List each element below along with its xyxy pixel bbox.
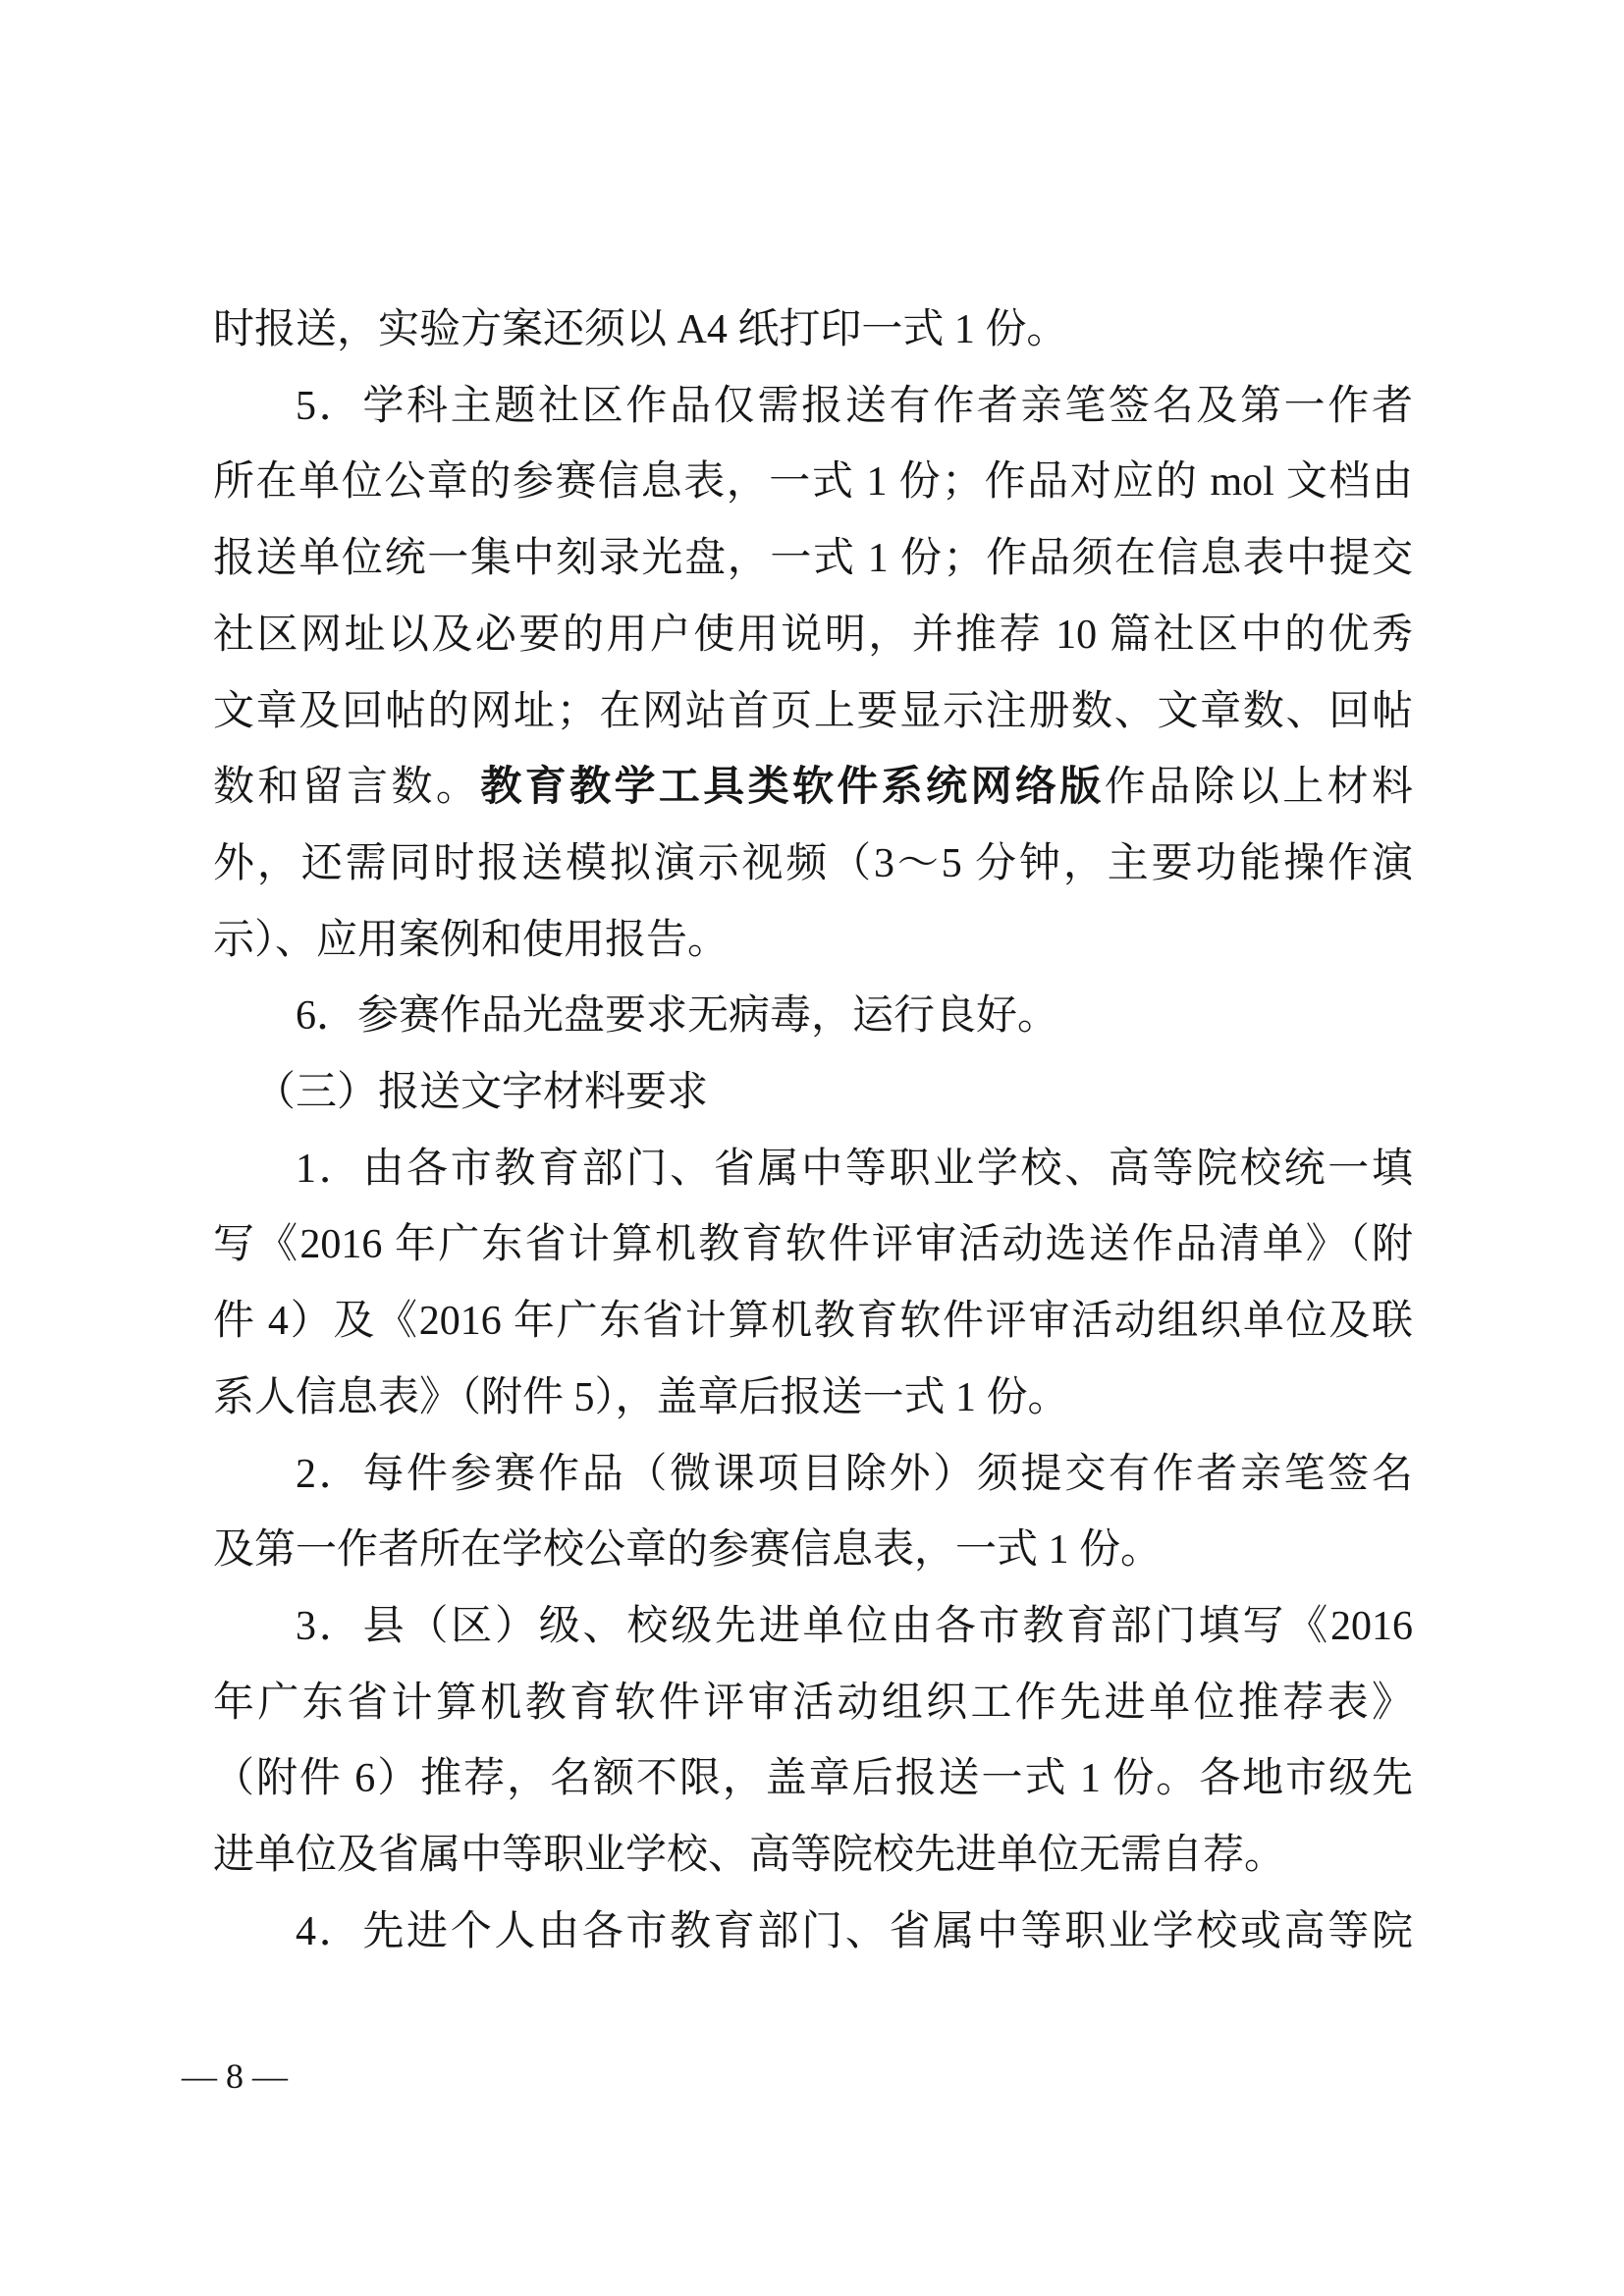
document-page: 时报送，实验方案还须以 A4 纸打印一式 1 份。5．学科主题社区作品仅需报送有… bbox=[0, 0, 1624, 2296]
text-line: （三）报送文字材料要求 bbox=[213, 1055, 1413, 1132]
text-run: 作品除以上材料 bbox=[1105, 765, 1413, 810]
text-line: 文章及回帖的网址；在网站首页上要显示注册数、文章数、回帖 bbox=[213, 674, 1413, 751]
text-line: 2．每件参赛作品（微课项目除外）须提交有作者亲笔签名 bbox=[213, 1437, 1413, 1514]
text-line: （附件 6）推荐，名额不限，盖章后报送一式 1 份。各地市级先 bbox=[213, 1741, 1413, 1818]
text-line: 系人信息表》（附件 5），盖章后报送一式 1 份。 bbox=[213, 1361, 1413, 1437]
text-line: 1．由各市教育部门、省属中等职业学校、高等院校统一填 bbox=[213, 1132, 1413, 1208]
text-line: 6．参赛作品光盘要求无病毒，运行良好。 bbox=[213, 979, 1413, 1055]
text-line: 年广东省计算机教育软件评审活动组织工作先进单位推荐表》 bbox=[213, 1666, 1413, 1742]
text-line: 示）、应用案例和使用报告。 bbox=[213, 903, 1413, 980]
text-line: 件 4）及《2016 年广东省计算机教育软件评审活动组织单位及联 bbox=[213, 1284, 1413, 1361]
bold-text-run: 教育教学工具类软件系统网络版 bbox=[480, 765, 1104, 810]
text-line: 进单位及省属中等职业学校、高等院校先进单位无需自荐。 bbox=[213, 1818, 1413, 1895]
text-line: 社区网址以及必要的用户使用说明，并推荐 10 篇社区中的优秀 bbox=[213, 598, 1413, 674]
text-line: 3．县（区）级、校级先进单位由各市教育部门填写《2016 bbox=[213, 1589, 1413, 1666]
text-run: 数和留言数。 bbox=[213, 765, 480, 810]
text-line: 4．先进个人由各市教育部门、省属中等职业学校或高等院 bbox=[213, 1895, 1413, 1971]
text-line: 数和留言数。教育教学工具类软件系统网络版作品除以上材料 bbox=[213, 750, 1413, 827]
text-line: 外，还需同时报送模拟演示视频（3～5 分钟，主要功能操作演 bbox=[213, 827, 1413, 903]
page-number: — 8 — bbox=[182, 2056, 288, 2097]
text-line: 5．学科主题社区作品仅需报送有作者亲笔签名及第一作者 bbox=[213, 369, 1413, 446]
text-line: 所在单位公章的参赛信息表，一式 1 份；作品对应的 mol 文档由 bbox=[213, 445, 1413, 521]
text-line: 及第一作者所在学校公章的参赛信息表，一式 1 份。 bbox=[213, 1513, 1413, 1589]
text-line: 写《2016 年广东省计算机教育软件评审活动选送作品清单》（附 bbox=[213, 1207, 1413, 1284]
text-line: 时报送，实验方案还须以 A4 纸打印一式 1 份。 bbox=[213, 293, 1413, 369]
document-body: 时报送，实验方案还须以 A4 纸打印一式 1 份。5．学科主题社区作品仅需报送有… bbox=[213, 293, 1413, 1970]
text-line: 报送单位统一集中刻录光盘，一式 1 份；作品须在信息表中提交 bbox=[213, 521, 1413, 598]
